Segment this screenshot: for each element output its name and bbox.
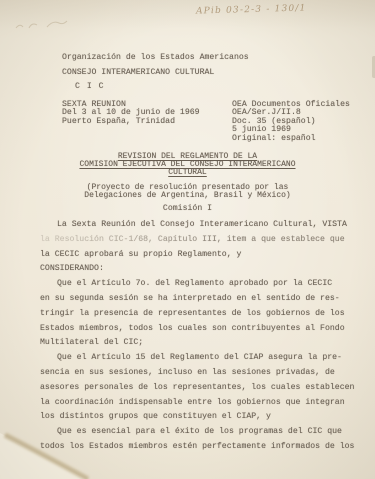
body-line: tringir la presencia de representantes d… [40,307,370,322]
title-line: CULTURAL [0,169,375,177]
body-line: La Sexta Reunión del Consejo Interameric… [40,218,370,233]
body-line: la Resolución CIC-1/68, Capítulo III, it… [40,233,370,248]
body-line: Que es esencial para el éxito de los pro… [40,425,370,440]
body-line: Que el Artículo 7o. del Reglamento aprob… [40,277,370,292]
body-line: la coordinación indispensable entre los … [40,396,370,411]
body-line: CONSIDERANDO: [40,262,370,277]
org-acronym: C I C [62,80,249,95]
meeting-info: SEXTA REUNION Del 3 al 10 de junio de 19… [62,101,200,126]
body-line: los distintos grupos que constituyen el … [40,410,370,425]
body-line: sencia en sus sesiones, incluso en las s… [40,366,370,381]
document-title: REVISION DEL REGLAMENTO DE LA COMISION E… [0,153,375,177]
document-reference: OEA Documentos Oficiales OEA/Ser.J/II.8 … [232,101,350,143]
body-line: Multilateral del CIC; [40,336,370,351]
body-line: la CECIC aprobará su propio Reglamento, … [40,248,370,263]
handwritten-reference: APib 03-2-3 - 130/1 [196,3,307,16]
body-line: Estados miembros, todos los cuales son c… [40,322,370,337]
committee-label: Comisión I [0,204,375,213]
org-name: Organización de los Estados Americanos [62,51,249,66]
org-header: Organización de los Estados Americanos C… [62,51,249,95]
body-line: todos los Estados miembros estén perfect… [40,440,370,455]
resolution-body: La Sexta Reunión del Consejo Interameric… [40,218,370,455]
body-line: en su segunda sesión se ha interpretado … [40,292,370,307]
council-name: CONSEJO INTERAMERICANO CULTURAL [62,66,249,81]
meeting-location: Puerto España, Trinidad [62,118,200,126]
body-line: Que el Artículo 15 del Reglamento del CI… [40,351,370,366]
subtitle-line: Delegaciones de Argentina, Brasil y Méxi… [0,192,375,200]
doc-ref-line: Original: español [232,135,350,143]
body-line: asesores personales de los representante… [40,381,370,396]
document-page: APib 03-2-3 - 130/1 Organización de los … [0,0,375,479]
document-subtitle: (Proyecto de resolución presentado por l… [0,184,375,200]
pencil-scribble [14,17,80,33]
